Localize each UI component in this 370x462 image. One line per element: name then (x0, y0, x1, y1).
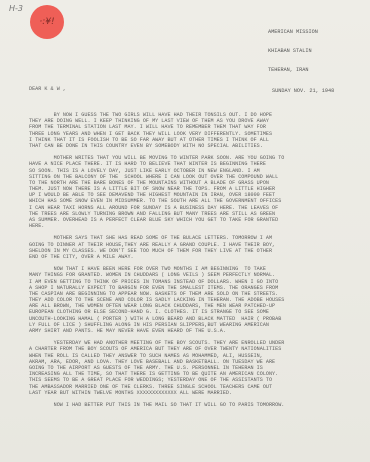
archive-id-label: H-3 (9, 4, 23, 13)
salutation: DEAR K & W , (29, 86, 357, 92)
paragraph: MOTHER SAYS THAT SHE HAS READ SOME OF TH… (29, 235, 357, 260)
header-line: AMERICAN MISSION (268, 29, 334, 35)
letter-body: DEAR K & W , BY NOW I GUESS THE TWO GIRL… (29, 74, 357, 426)
paragraph: NOW THAT I HAVE BEEN HERE FOR OVER TWO M… (29, 266, 357, 334)
text-line: HERE. (29, 223, 357, 229)
paragraph: YESTERDAY WE HAD ANOTHER MEETING OF THE … (29, 340, 357, 396)
paragraphs: BY NOW I GUESS THE TWO GIRLS WILL HAVE H… (29, 112, 357, 408)
text-line: NOW I HAD BETTER PUT THIS IN THE MAIL SO… (29, 402, 357, 408)
text-line: END OF THE CITY, OVER A MILE AWAY. (29, 254, 357, 260)
text-line: THAT CAN BE DONE IN THIS COUNTRY EVEN BY… (29, 143, 357, 149)
paragraph: MOTHER WRITES THAT YOU WILL BE MOVING TO… (29, 155, 357, 229)
text-line: LAST YEAR BUT WITHIN TWELVE MONTHS XXXXX… (29, 390, 357, 396)
sticker-mark: ·:¥! (39, 17, 54, 27)
header-line: TEHERAN, IRAN (268, 67, 334, 73)
paragraph: NOW I HAD BETTER PUT THIS IN THE MAIL SO… (29, 402, 357, 408)
red-sticker-icon: ·:¥! (30, 5, 64, 39)
text-line: ARMY SHIRT AND PANTS. HE MAY NEVER HAVE … (29, 328, 357, 334)
paragraph: BY NOW I GUESS THE TWO GIRLS WILL HAVE H… (29, 112, 357, 149)
header-line: KHIABAN STALIN (268, 48, 334, 54)
letter-page: H-3 ·:¥! AMERICAN MISSION KHIABAN STALIN… (0, 0, 370, 462)
